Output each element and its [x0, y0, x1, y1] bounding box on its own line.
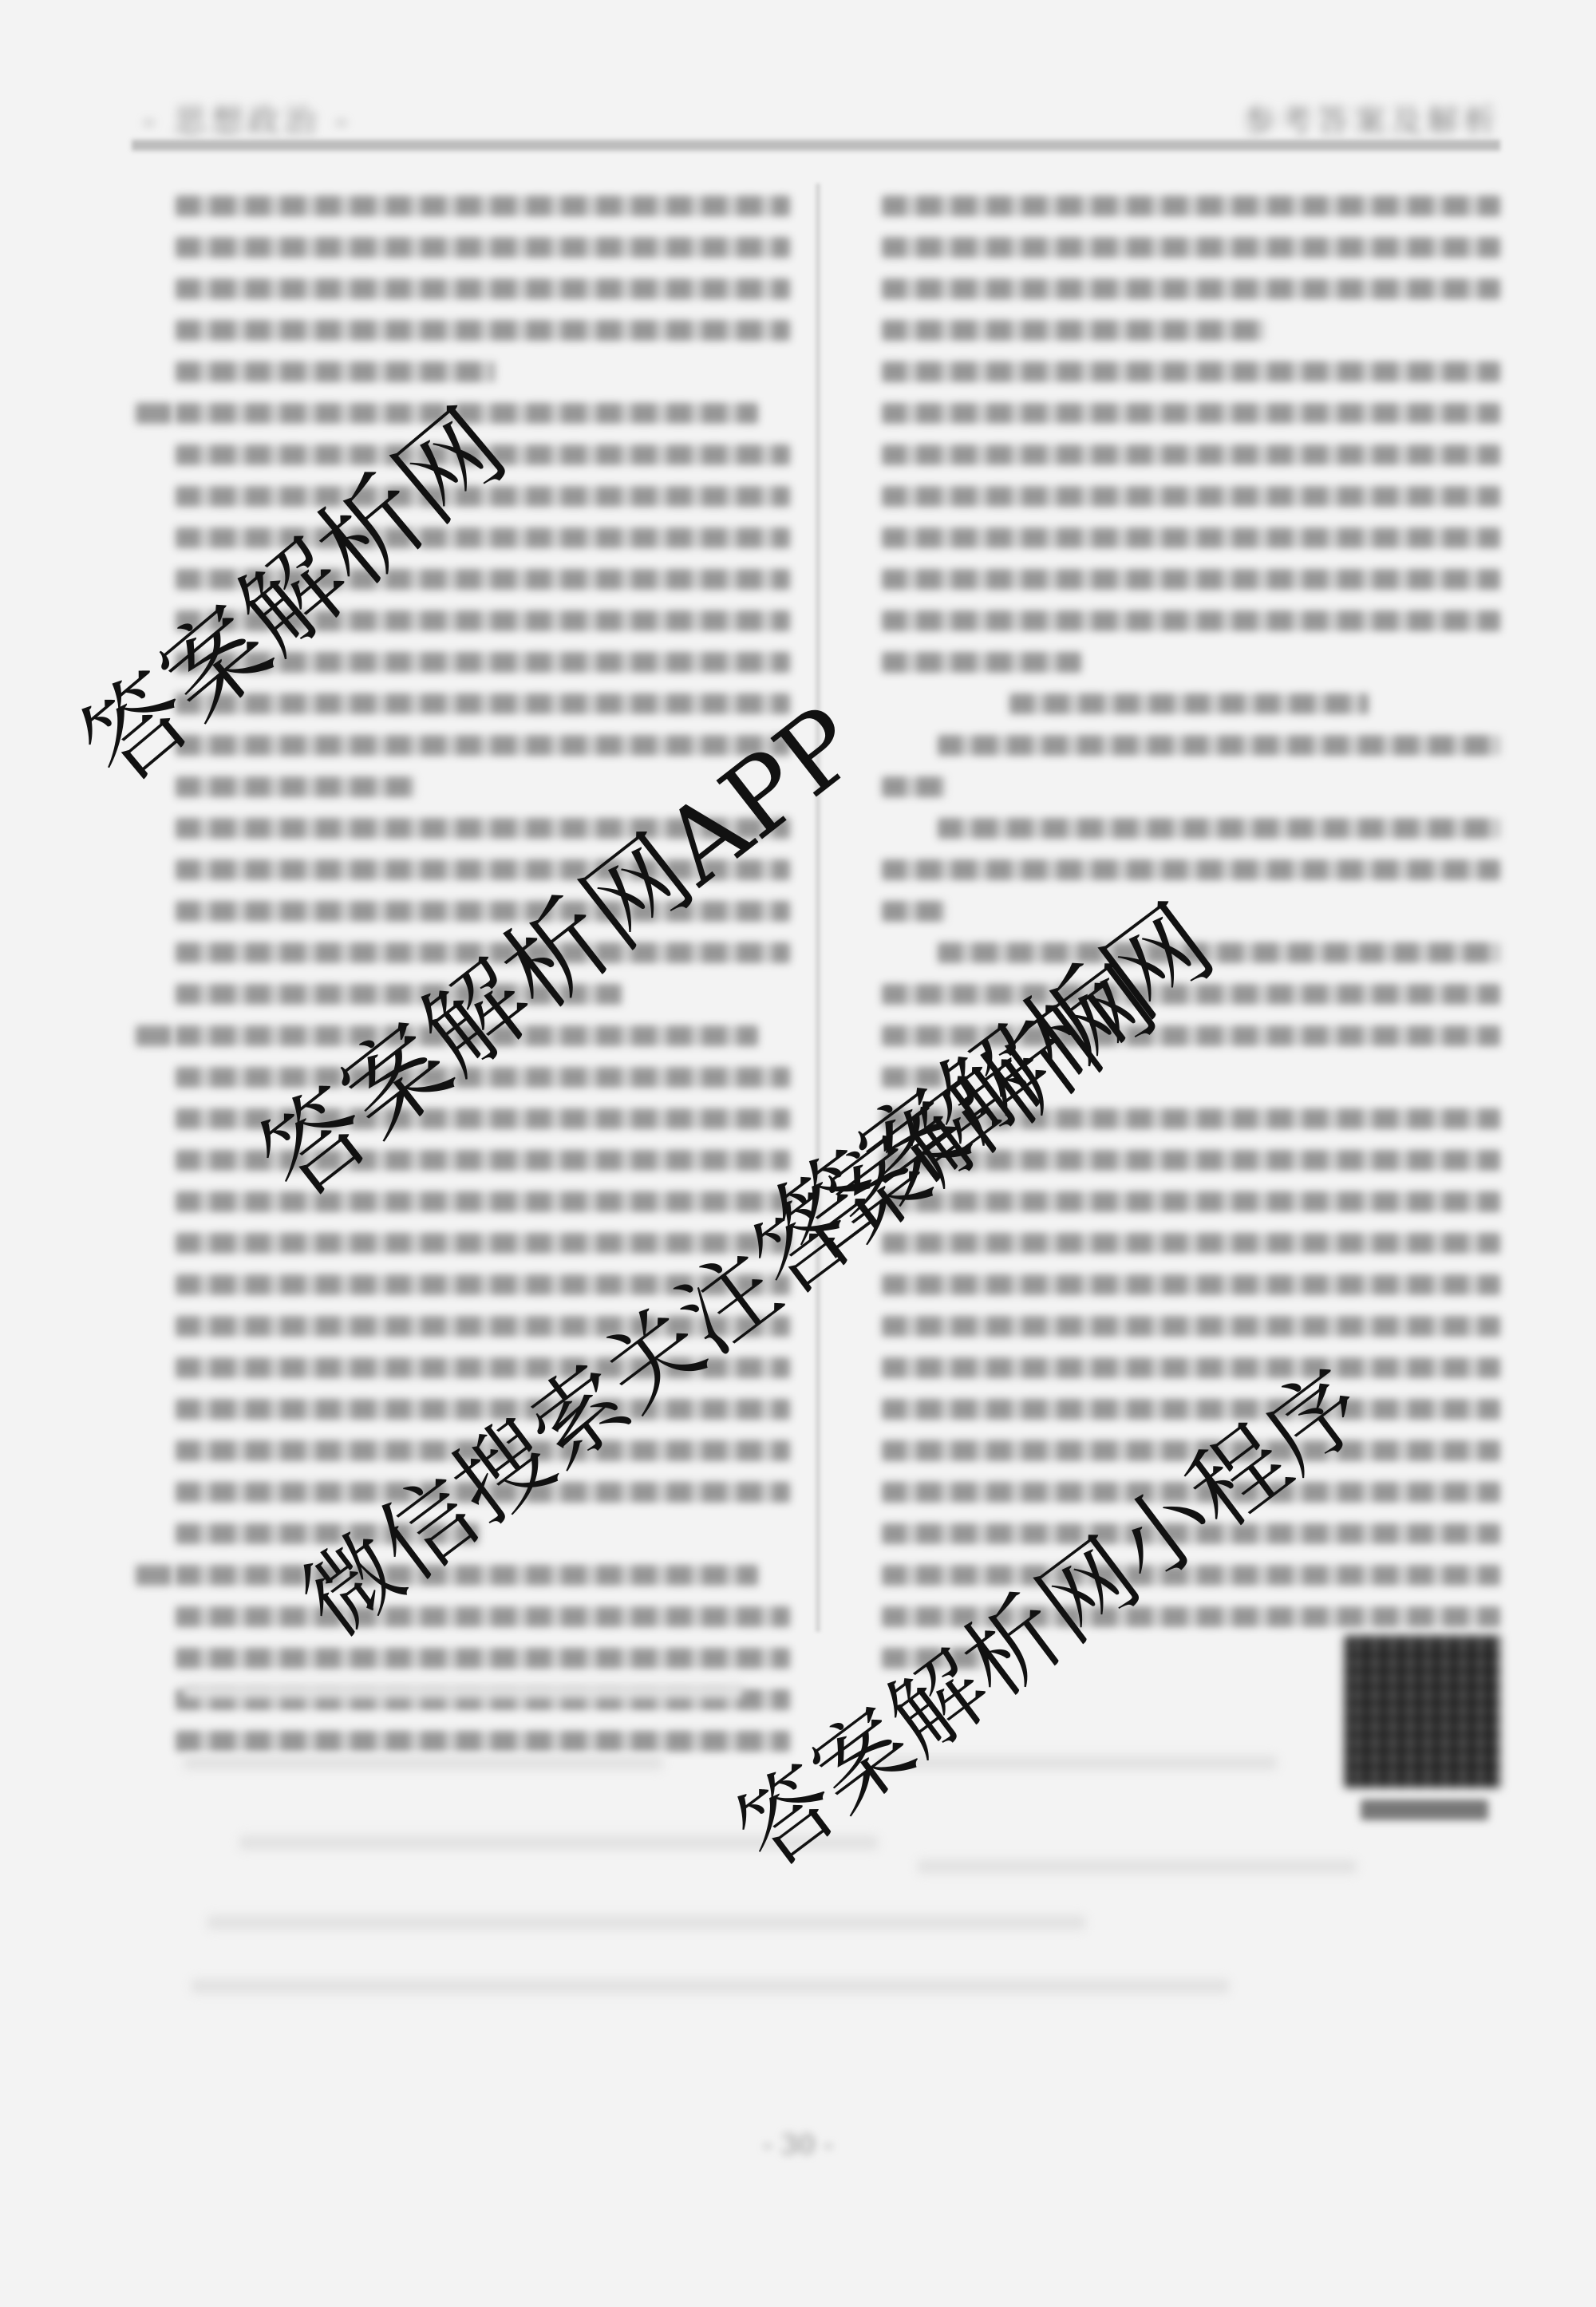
text-line — [136, 185, 806, 227]
text-line — [882, 600, 1504, 642]
blurred-text — [882, 569, 1500, 590]
header-section-label: 参考答案及解析 — [1243, 96, 1500, 141]
bleed-through-text — [184, 1756, 662, 1770]
question-number — [136, 1025, 172, 1046]
blurred-text — [176, 278, 790, 299]
blurred-text — [882, 403, 1500, 424]
blurred-text — [882, 1274, 1500, 1295]
bleed-through-text — [918, 1859, 1357, 1874]
text-line — [882, 393, 1504, 434]
blurred-text — [176, 320, 790, 341]
text-line — [882, 227, 1504, 268]
question-number — [136, 1565, 172, 1586]
blurred-text — [176, 776, 415, 797]
blurred-text — [176, 237, 790, 258]
blurred-text — [938, 735, 1500, 756]
blurred-text — [882, 361, 1500, 382]
blurred-text — [1009, 693, 1369, 714]
blurred-text — [176, 1731, 790, 1752]
qr-code[interactable] — [1345, 1636, 1500, 1788]
text-line — [882, 849, 1504, 891]
bleed-through-text — [192, 1979, 1229, 1993]
blurred-text — [882, 776, 946, 797]
blurred-text — [882, 444, 1500, 465]
text-line — [882, 310, 1504, 351]
text-line — [882, 725, 1504, 766]
text-line — [882, 1306, 1504, 1347]
blurred-text — [882, 1357, 1500, 1378]
text-line — [882, 185, 1504, 227]
column-divider — [816, 184, 820, 1632]
text-line — [882, 642, 1504, 683]
text-line — [882, 1264, 1504, 1306]
blurred-text — [176, 361, 495, 382]
text-line — [136, 1140, 806, 1181]
blurred-text — [882, 320, 1265, 341]
blurred-text — [882, 652, 1081, 673]
bleed-through-text — [184, 1684, 742, 1698]
text-line — [136, 1637, 806, 1679]
text-line — [882, 766, 1504, 808]
blurred-text — [882, 278, 1500, 299]
text-line — [882, 683, 1504, 725]
bleed-through-text — [207, 1915, 1085, 1930]
text-line — [882, 1347, 1504, 1389]
blurred-text — [882, 859, 1500, 880]
blurred-text — [882, 1191, 1500, 1212]
text-line — [882, 434, 1504, 476]
blurred-text — [176, 1648, 790, 1669]
header-subject-label: - 思想政治 - — [144, 96, 351, 141]
blurred-text — [882, 237, 1500, 258]
blurred-text — [882, 610, 1500, 631]
text-line — [882, 476, 1504, 517]
text-line — [136, 1181, 806, 1223]
text-line — [136, 310, 806, 351]
blurred-text — [882, 901, 946, 922]
text-line — [882, 351, 1504, 393]
text-line — [882, 268, 1504, 310]
blurred-text — [176, 196, 790, 216]
text-line — [882, 1223, 1504, 1264]
text-line — [882, 808, 1504, 849]
text-line — [882, 517, 1504, 559]
blurred-text — [882, 527, 1500, 548]
text-line — [136, 351, 806, 393]
text-line — [136, 1596, 806, 1637]
blurred-text — [882, 1316, 1500, 1337]
document-page: - 思想政治 - 参考答案及解析 - 30 - 答案解析网答案解析网APP答案解… — [0, 0, 1596, 2307]
qr-code-caption — [1361, 1799, 1488, 1820]
blurred-text — [882, 196, 1500, 216]
page-number: - 30 - — [0, 2129, 1596, 2161]
blurred-text — [882, 1233, 1500, 1254]
blurred-text — [176, 1606, 790, 1627]
text-line — [136, 268, 806, 310]
header-rule — [132, 140, 1500, 151]
question-number — [136, 403, 172, 424]
blurred-text — [176, 1191, 790, 1212]
text-line — [882, 559, 1504, 600]
text-line — [136, 227, 806, 268]
blurred-text — [882, 486, 1500, 507]
blurred-text — [938, 818, 1500, 839]
